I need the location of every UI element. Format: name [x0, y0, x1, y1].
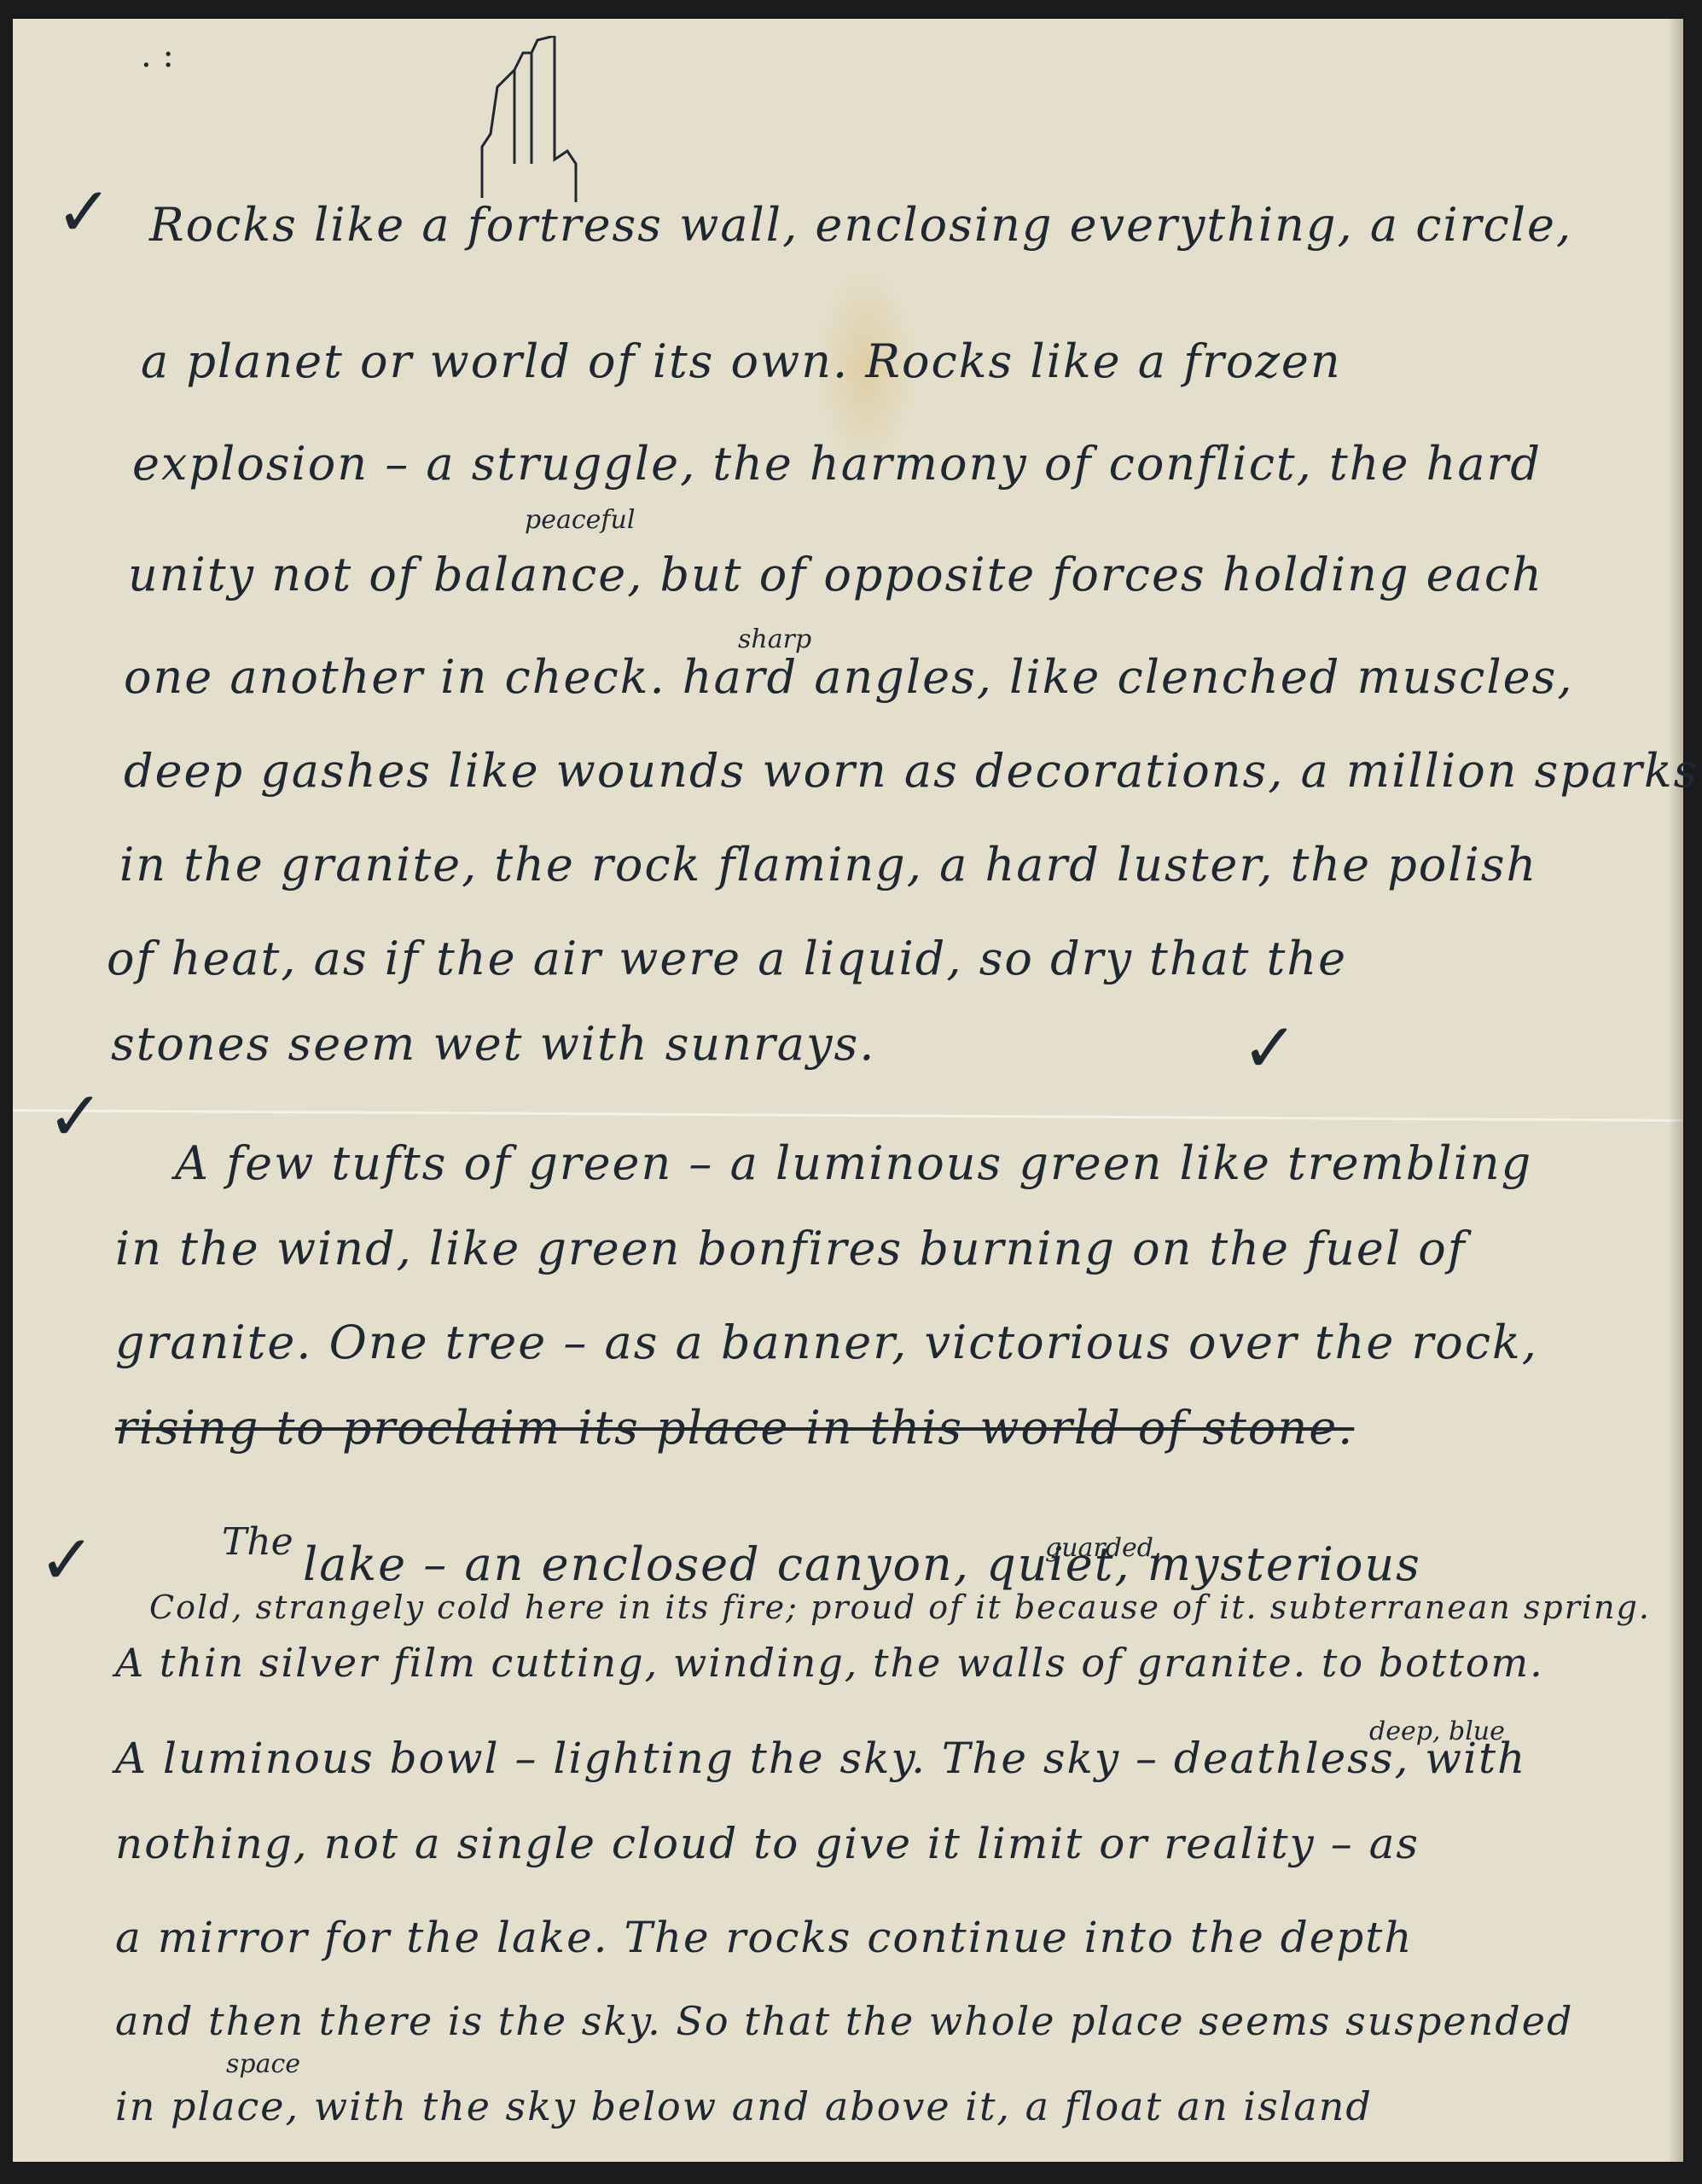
manuscript-line: granite. One tree – as a banner, victori…: [115, 1316, 1538, 1369]
manuscript-line: nothing, not a single cloud to give it l…: [115, 1819, 1420, 1868]
manuscript-line: A luminous bowl – lighting the sky. The …: [115, 1734, 1526, 1783]
manuscript-line: unity not of balance, but of opposite fo…: [128, 548, 1543, 601]
manuscript-line: in place, with the sky below and above i…: [115, 2083, 1373, 2129]
rock-sketch-icon: [448, 36, 670, 206]
manuscript-line: deep gashes like wounds worn as decorati…: [124, 744, 1699, 798]
manuscript-line: Rocks like a fortress wall, enclosing ev…: [149, 198, 1572, 252]
struck-line: rising to proclaim its place in this wor…: [115, 1401, 1354, 1455]
manuscript-line: Cold, strangely cold here in its fire; p…: [149, 1589, 1651, 1626]
manuscript-line: lake – an enclosed canyon, quiet, myster…: [303, 1537, 1421, 1591]
insertion-the: The: [222, 1520, 293, 1564]
check-mark-icon: ✓: [1241, 1008, 1298, 1088]
manuscript-line: A thin silver film cutting, winding, the…: [115, 1640, 1544, 1686]
insertion-peaceful: peaceful: [525, 505, 635, 535]
manuscript-line: in the granite, the rock flaming, a hard…: [119, 838, 1537, 892]
manuscript-line: and then there is the sky. So that the w…: [115, 1998, 1573, 2044]
manuscript-line: explosion – a struggle, the harmony of c…: [132, 437, 1542, 491]
manuscript-line: of heat, as if the air were a liquid, so…: [107, 932, 1347, 985]
insertion-deep-blue: deep, blue: [1369, 1716, 1505, 1746]
insertion-space: space: [226, 2049, 300, 2079]
manuscript-line: A few tufts of green – a luminous green …: [175, 1136, 1532, 1190]
manuscript-line: a mirror for the lake. The rocks continu…: [115, 1913, 1414, 1962]
manuscript-line: stones seem wet with sunrays.: [111, 1017, 875, 1071]
check-mark-icon: ✓: [47, 1077, 104, 1156]
paper-edge-shadow: [1668, 19, 1683, 2162]
manuscript-page: . : ✓ ✓ ✓ ✓ Rocks like a fortress wall, …: [13, 19, 1683, 2162]
manuscript-line: a planet or world of its own. Rocks like…: [141, 334, 1342, 388]
check-mark-icon: ✓: [55, 172, 113, 252]
manuscript-line: one another in check. hard angles, like …: [124, 650, 1574, 704]
paper-fold-crease: [13, 1109, 1683, 1122]
check-mark-icon: ✓: [38, 1520, 96, 1600]
ink-dots: . :: [141, 36, 174, 75]
manuscript-line: in the wind, like green bonfires burning…: [115, 1222, 1467, 1275]
